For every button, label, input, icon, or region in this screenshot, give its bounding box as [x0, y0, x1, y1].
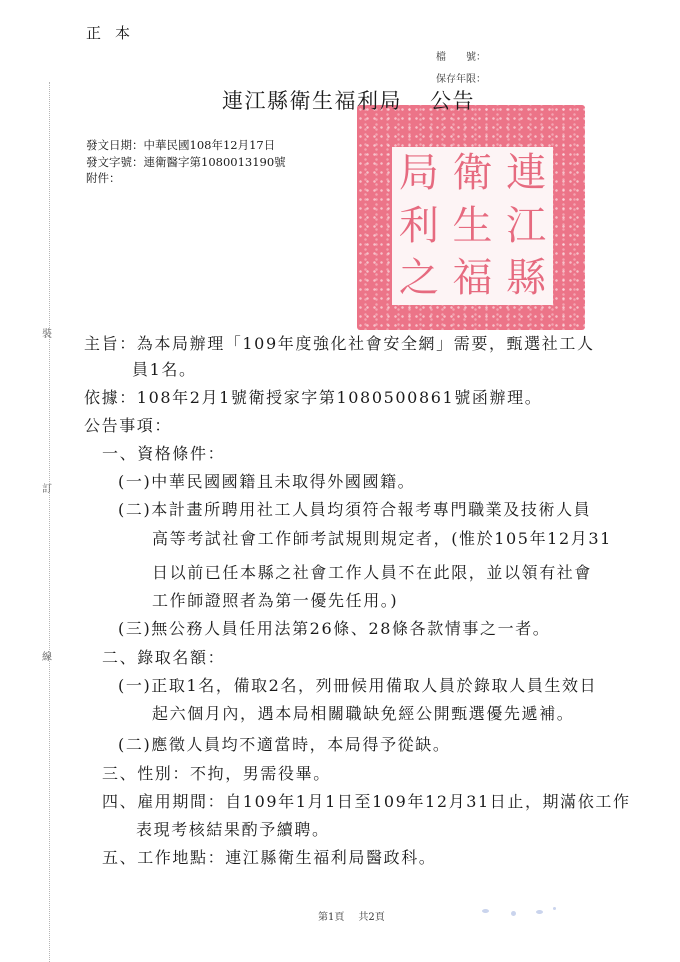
section-1-heading: 一、資格條件：: [102, 441, 225, 464]
original-copy-mark: 正本: [86, 22, 144, 43]
subject-line-1: 主旨：為本局辦理「109年度強化社會安全網」需要，甄選社工人: [84, 331, 595, 354]
issue-date: 發文日期：中華民國108年12月17日: [86, 137, 275, 153]
seal-char: 之: [392, 252, 446, 305]
issue-reference-number: 發文字號：連衛醫字第1080013190號: [86, 154, 286, 170]
page-indicator: 第1頁共2頁: [318, 908, 385, 923]
seal-char: 衛: [446, 147, 500, 200]
notice-heading: 公告事項：: [84, 413, 172, 436]
scan-smudge: [536, 910, 543, 914]
section-2-item-1-line-1: (一)正取1名，備取2名，列冊候用備取人員於錄取人員生效日: [118, 673, 597, 696]
retention-period-label: 保存年限：: [436, 70, 486, 85]
section-4-employment-period-line-2: 表現考核結果酌予續聘。: [136, 817, 330, 840]
agency-name: 連江縣衛生福利局: [222, 89, 402, 113]
binding-mark-ding: 訂: [42, 480, 52, 495]
binding-line: [49, 82, 50, 962]
seal-char: 江: [499, 200, 553, 253]
section-1-item-3: (三)無公務人員任用法第26條、28條各款情事之一者。: [118, 616, 550, 639]
seal-char: 縣: [499, 252, 553, 305]
section-1-item-1: (一)中華民國國籍且未取得外國國籍。: [118, 469, 415, 492]
section-2-heading: 二、錄取名額：: [102, 645, 225, 668]
section-4-employment-period-line-1: 四、雇用期間：自109年1月1日至109年12月31日止，期滿依工作: [102, 789, 631, 812]
seal-char: 連: [499, 147, 553, 200]
document-type: 公告: [430, 89, 475, 113]
scan-smudge: [553, 907, 556, 910]
basis-line: 依據：108年2月1號衛授家字第1080500861號函辦理。: [84, 385, 542, 408]
section-5-work-location: 五、工作地點：連江縣衛生福利局醫政科。: [102, 845, 436, 868]
stamp-characters: 局 衛 連 利 生 江 之 福 縣: [392, 147, 553, 305]
stamp-inner-field: 局 衛 連 利 生 江 之 福 縣: [392, 147, 553, 305]
section-1-item-2-line-4: 工作師證照者為第一優先任用。): [152, 588, 398, 611]
seal-char: 局: [392, 147, 446, 200]
section-1-item-2-line-3: 日以前已任本縣之社會工作人員不在此限，並以領有社會: [152, 560, 592, 583]
section-2-item-1-line-2: 起六個月內，遇本局相關職缺免經公開甄選優先遞補。: [152, 701, 574, 724]
subject-line-2: 員1名。: [132, 357, 197, 380]
section-2-item-2: (二)應徵人員均不適當時，本局得予從缺。: [118, 732, 451, 755]
document-title: 連江縣衛生福利局公告: [222, 85, 475, 115]
current-page: 第1頁: [318, 912, 344, 923]
section-1-item-2-line-2: 高等考試社會工作師考試規則規定者，(惟於105年12月31: [152, 526, 612, 549]
section-1-item-2-line-1: (二)本計畫所聘用社工人員均須符合報考專門職業及技術人員: [118, 497, 591, 520]
attachment-label: 附件：: [86, 170, 121, 186]
official-seal-stamp: 局 衛 連 利 生 江 之 福 縣: [357, 105, 585, 330]
file-number-label: 檔 號：: [436, 48, 486, 63]
binding-mark-xian: 線: [42, 648, 52, 663]
seal-char: 生: [446, 200, 500, 253]
section-3-gender: 三、性別：不拘，男需役畢。: [102, 761, 331, 784]
scan-smudge: [511, 911, 516, 916]
total-pages: 共2頁: [358, 912, 384, 923]
scan-smudge: [482, 909, 489, 913]
seal-char: 利: [392, 200, 446, 253]
seal-char: 福: [446, 252, 500, 305]
binding-mark-zhuang: 裝: [42, 325, 52, 340]
